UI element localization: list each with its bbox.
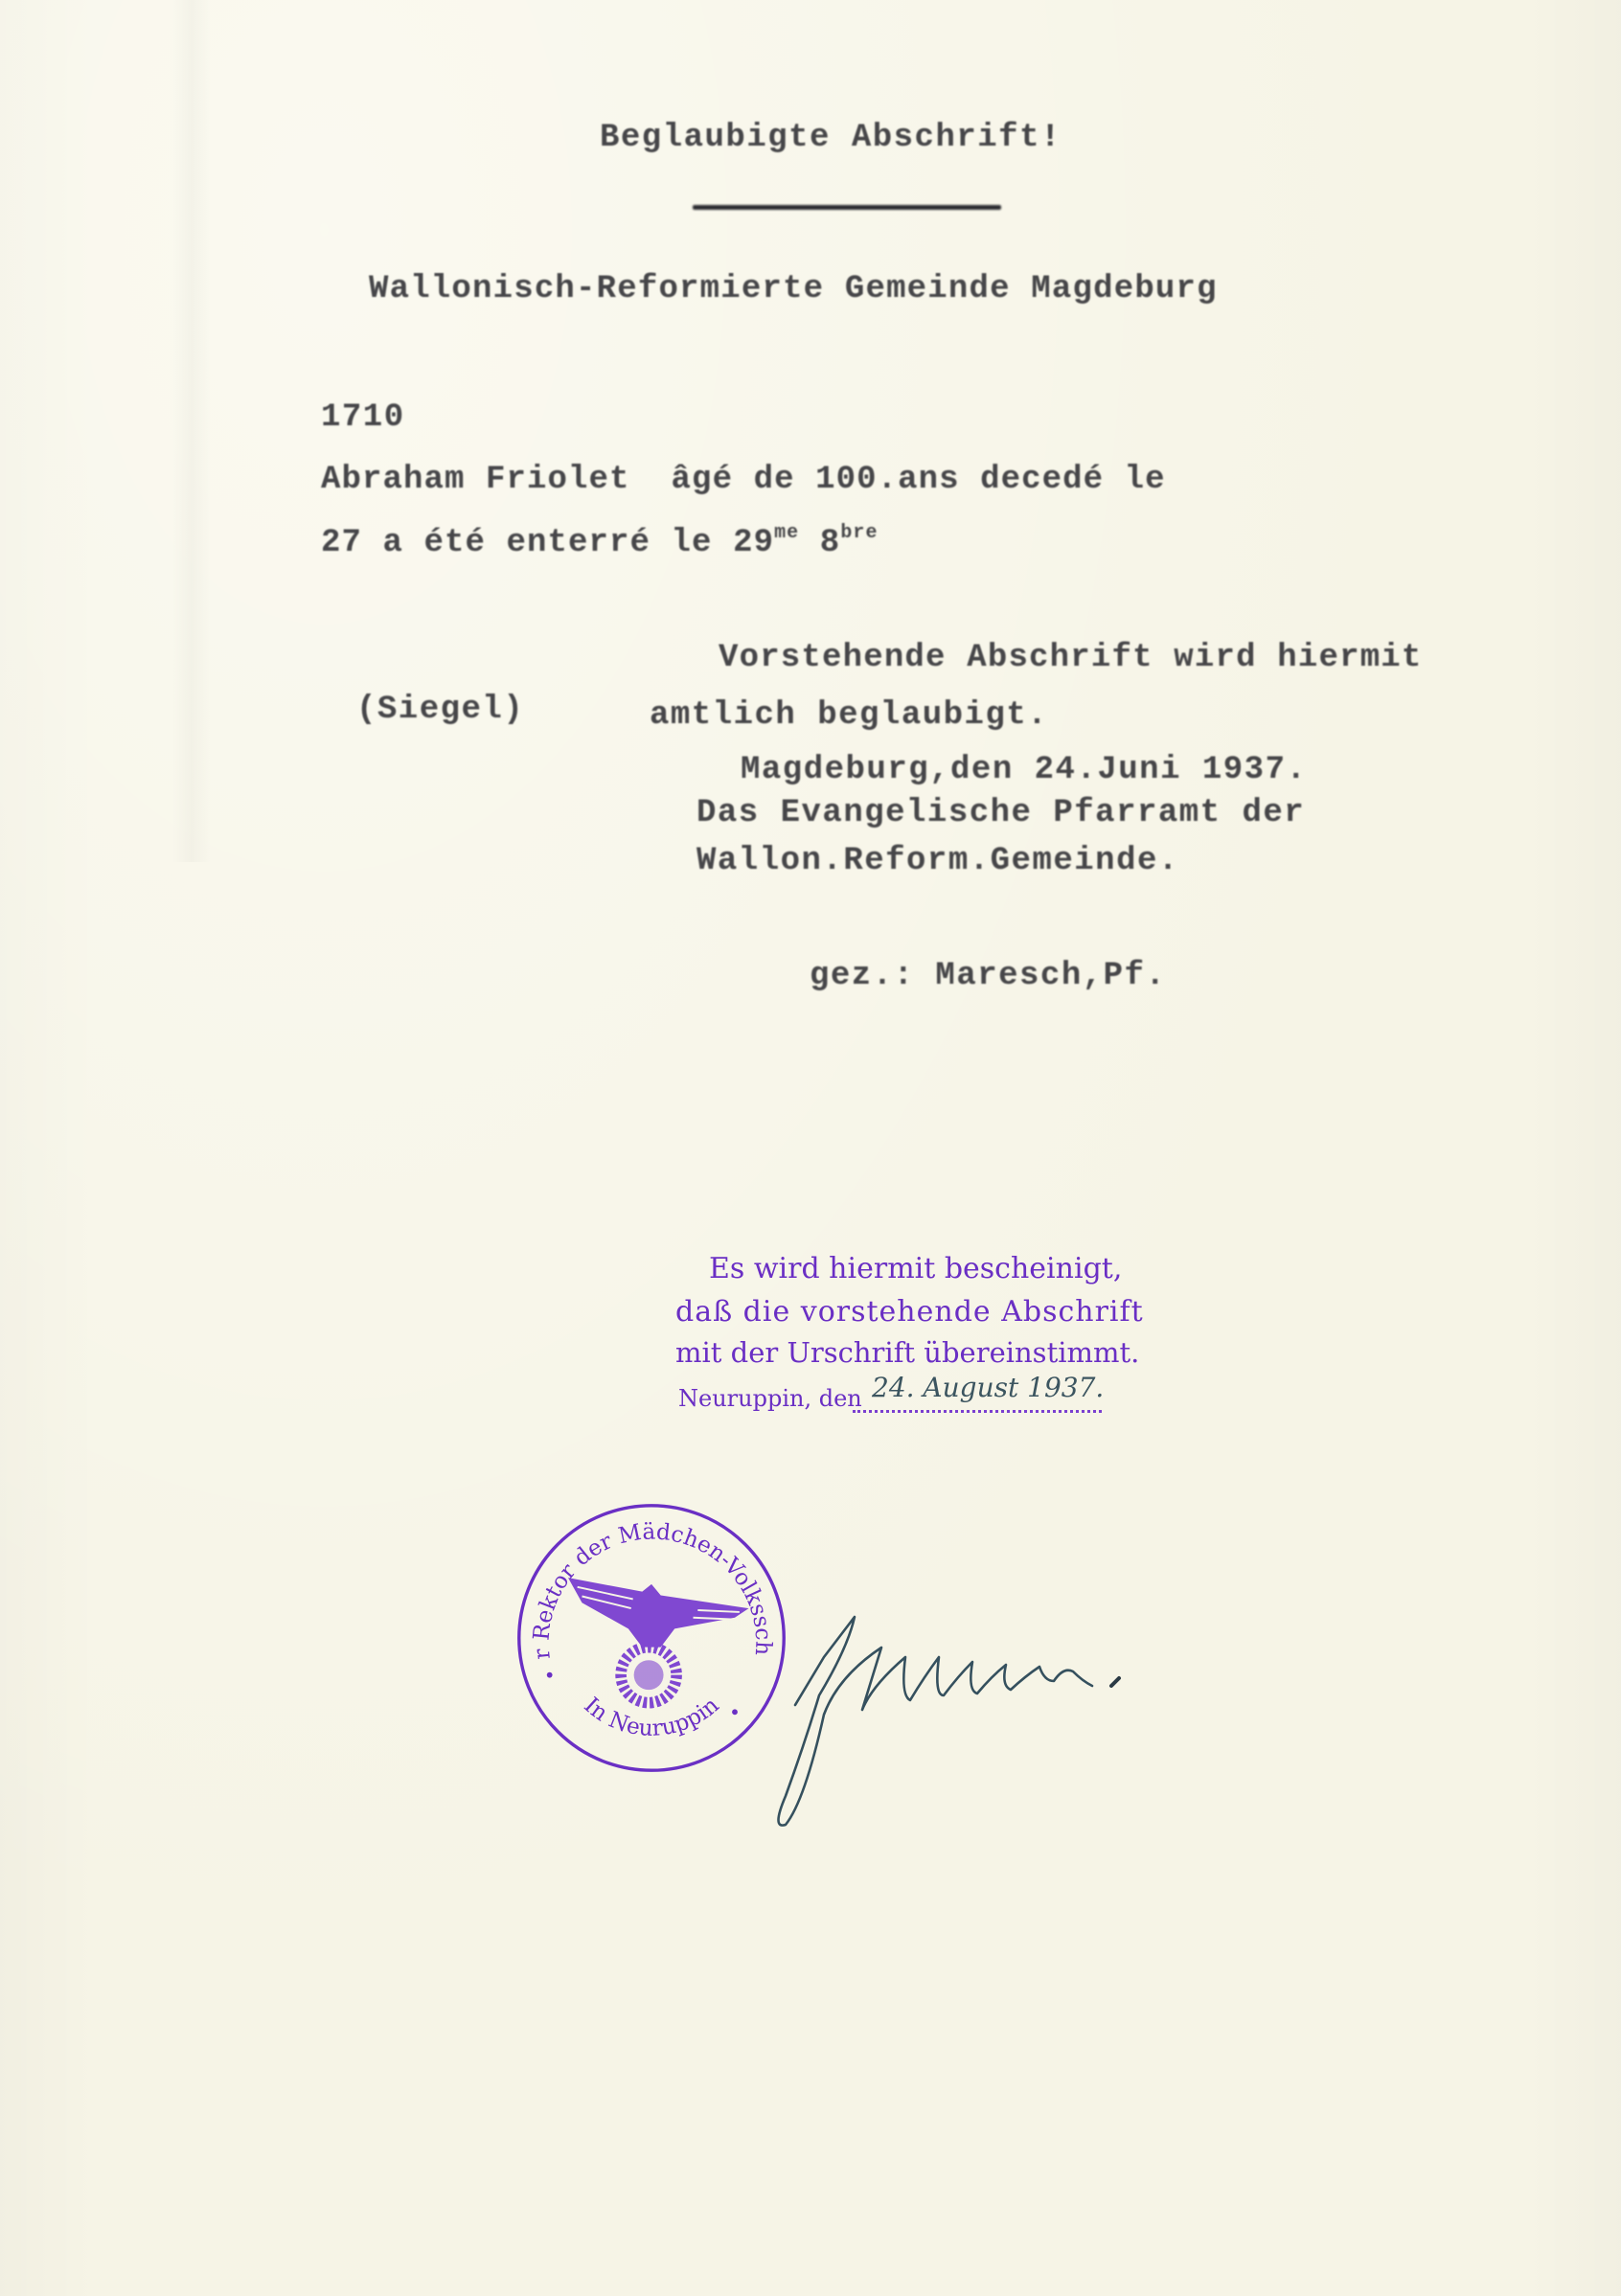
seal-dot-left [547,1672,553,1678]
stamp-line-1: Es wird hiermit bescheinigt, [709,1255,1122,1284]
congregation-heading: Wallonisch-Reformierte Gemeinde Magdebur… [369,271,1218,307]
certification-line-2: amtlich beglaubigt. [650,697,1048,734]
stamp-line-2: daß die vorstehende Abschrift [675,1298,1144,1327]
entry-sup-bre: bre [840,522,878,544]
stamp-handwritten-date: 24. August 1937. [872,1372,1104,1403]
eagle-emblem-icon [568,1578,749,1703]
stamp-place: Neuruppin, den [678,1387,862,1410]
entry-sup-me: me [774,522,799,544]
entry-line-1: Abraham Friolet âgé de 100.ans decedé le [321,462,1166,498]
seal-placeholder-label: (Siegel) [356,692,524,728]
seal-dot-right [732,1709,738,1715]
paper-fold-shadow [172,0,211,862]
certification-office-2: Wallon.Reform.Gemeinde. [696,843,1179,879]
certification-place-date: Magdeburg,den 24.Juni 1937. [741,752,1307,788]
stamp-line-3: mit der Urschrift übereinstimmt. [675,1339,1139,1367]
handwritten-signature [766,1590,1169,1839]
entry-year: 1710 [321,399,405,436]
entry-line-2-month: 8 [799,525,840,561]
stamp-date-dotted-line [853,1410,1102,1413]
official-round-seal: Der Rektor der Mädchen-Volksschule In Ne… [513,1499,790,1777]
entry-line-2-text: 27 a été enterré le 29 [321,525,774,561]
entry-line-2: 27 a été enterré le 29me 8bre [321,522,879,561]
certification-stamp: Es wird hiermit bescheinigt, daß die vor… [0,0,18,144]
paper-background [0,0,1621,2296]
certification-line-1: Vorstehende Abschrift wird hiermit [719,640,1423,676]
certification-office-1: Das Evangelische Pfarramt der [696,795,1305,831]
certification-signed: gez.: Maresch,Pf. [810,958,1166,994]
document-title: Beglaubigte Abschrift! [600,120,1062,156]
title-underline [693,205,1001,210]
